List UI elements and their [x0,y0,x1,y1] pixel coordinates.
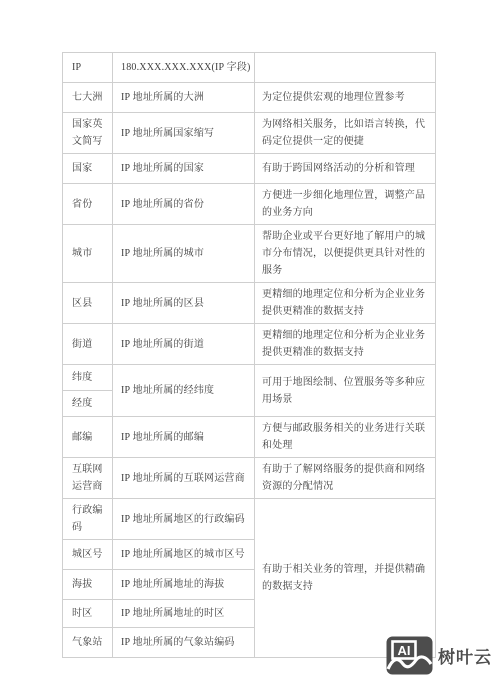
field-purpose-cell: 可用于地图绘制、位置服务等多种应用场景 [255,365,436,417]
field-desc-cell: IP 地址所属地址的海拔 [113,570,255,600]
field-purpose-cell: 方便与邮政服务相关的业务进行关联和处理 [255,417,436,458]
field-purpose-cell: 为定位提供宏观的地理位置参考 [255,83,436,113]
table-row: 区县 IP 地址所属的区县 更精细的地理定位和分析为企业业务提供更精准的数据支持 [63,283,436,324]
field-desc-cell: IP 地址所属的省份 [113,184,255,225]
field-name-cell: 国家 [63,154,113,184]
field-purpose-cell: 更精细的地理定位和分析为企业业务提供更精准的数据支持 [255,283,436,324]
table-row: 邮编 IP 地址所属的邮编 方便与邮政服务相关的业务进行关联和处理 [63,417,436,458]
field-purpose-cell: 为网络相关服务，比如语言转换，代码定位提供一定的便捷 [255,113,436,154]
page: IP 180.XXX.XXX.XXX(IP 字段) 七大洲 IP 地址所属的大洲… [0,0,500,683]
table-row: 省份 IP 地址所属的省份 方便进一步细化地理位置，调整产品的业务方向 [63,184,436,225]
field-desc-cell: IP 地址所属的区县 [113,283,255,324]
svg-text:AI: AI [398,643,411,658]
field-name-cell: 海拔 [63,570,113,600]
field-name-cell: 时区 [63,600,113,628]
field-desc-cell: IP 地址所属的气象站编码 [113,628,255,658]
table-row: 纬度 IP 地址所属的经纬度 可用于地图绘制、位置服务等多种应用场景 [63,365,436,391]
field-purpose-cell: 帮助企业或平台更好地了解用户的城市分布情况，以便提供更具针对性的服务 [255,225,436,283]
field-desc-cell: IP 地址所属国家缩写 [113,113,255,154]
ai-image-icon: AI [386,636,433,675]
field-name-cell: 七大洲 [63,83,113,113]
field-desc-cell: IP 地址所属的经纬度 [113,365,255,417]
table-row: 七大洲 IP 地址所属的大洲 为定位提供宏观的地理位置参考 [63,83,436,113]
field-purpose-cell: 有助于相关业务的管理，并提供精确的数据支持 [255,499,436,658]
field-name-cell: 经度 [63,391,113,417]
field-desc-cell: IP 地址所属地区的行政编码 [113,499,255,540]
field-purpose-cell: 更精细的地理定位和分析为企业业务提供更精准的数据支持 [255,324,436,365]
field-name-cell: 气象站 [63,628,113,658]
field-name-cell: 纬度 [63,365,113,391]
table-row: 城市 IP 地址所属的城市 帮助企业或平台更好地了解用户的城市分布情况，以便提供… [63,225,436,283]
watermark: AI 树叶云 [386,636,492,675]
field-name-cell: 省份 [63,184,113,225]
table-row: 互联网运营商 IP 地址所属的互联网运营商 有助于了解网络服务的提供商和网络资源… [63,458,436,499]
field-name-cell: 城区号 [63,540,113,570]
field-name-cell: 互联网运营商 [63,458,113,499]
table-row: 国家英文简写 IP 地址所属国家缩写 为网络相关服务，比如语言转换，代码定位提供… [63,113,436,154]
field-name-cell: 城市 [63,225,113,283]
field-purpose-cell [255,53,436,83]
field-purpose-cell: 有助于了解网络服务的提供商和网络资源的分配情况 [255,458,436,499]
table-row: IP 180.XXX.XXX.XXX(IP 字段) [63,53,436,83]
field-desc-cell: IP 地址所属的互联网运营商 [113,458,255,499]
ip-fields-table: IP 180.XXX.XXX.XXX(IP 字段) 七大洲 IP 地址所属的大洲… [62,52,436,658]
field-name-cell: 邮编 [63,417,113,458]
field-desc-cell: IP 地址所属的大洲 [113,83,255,113]
field-name-cell: IP [63,53,113,83]
field-name-cell: 国家英文简写 [63,113,113,154]
field-desc-cell: IP 地址所属的邮编 [113,417,255,458]
field-name-cell: 行政编码 [63,499,113,540]
field-name-cell: 区县 [63,283,113,324]
field-desc-cell: 180.XXX.XXX.XXX(IP 字段) [113,53,255,83]
brand-name: 树叶云 [438,643,492,668]
field-purpose-cell: 方便进一步细化地理位置，调整产品的业务方向 [255,184,436,225]
field-desc-cell: IP 地址所属地址的时区 [113,600,255,628]
table-row: 国家 IP 地址所属的国家 有助于跨国网络活动的分析和管理 [63,154,436,184]
field-purpose-cell: 有助于跨国网络活动的分析和管理 [255,154,436,184]
field-desc-cell: IP 地址所属地区的城市区号 [113,540,255,570]
table-row: 街道 IP 地址所属的街道 更精细的地理定位和分析为企业业务提供更精准的数据支持 [63,324,436,365]
table-row: 行政编码 IP 地址所属地区的行政编码 有助于相关业务的管理，并提供精确的数据支… [63,499,436,540]
field-name-cell: 街道 [63,324,113,365]
field-desc-cell: IP 地址所属的城市 [113,225,255,283]
field-desc-cell: IP 地址所属的国家 [113,154,255,184]
field-desc-cell: IP 地址所属的街道 [113,324,255,365]
